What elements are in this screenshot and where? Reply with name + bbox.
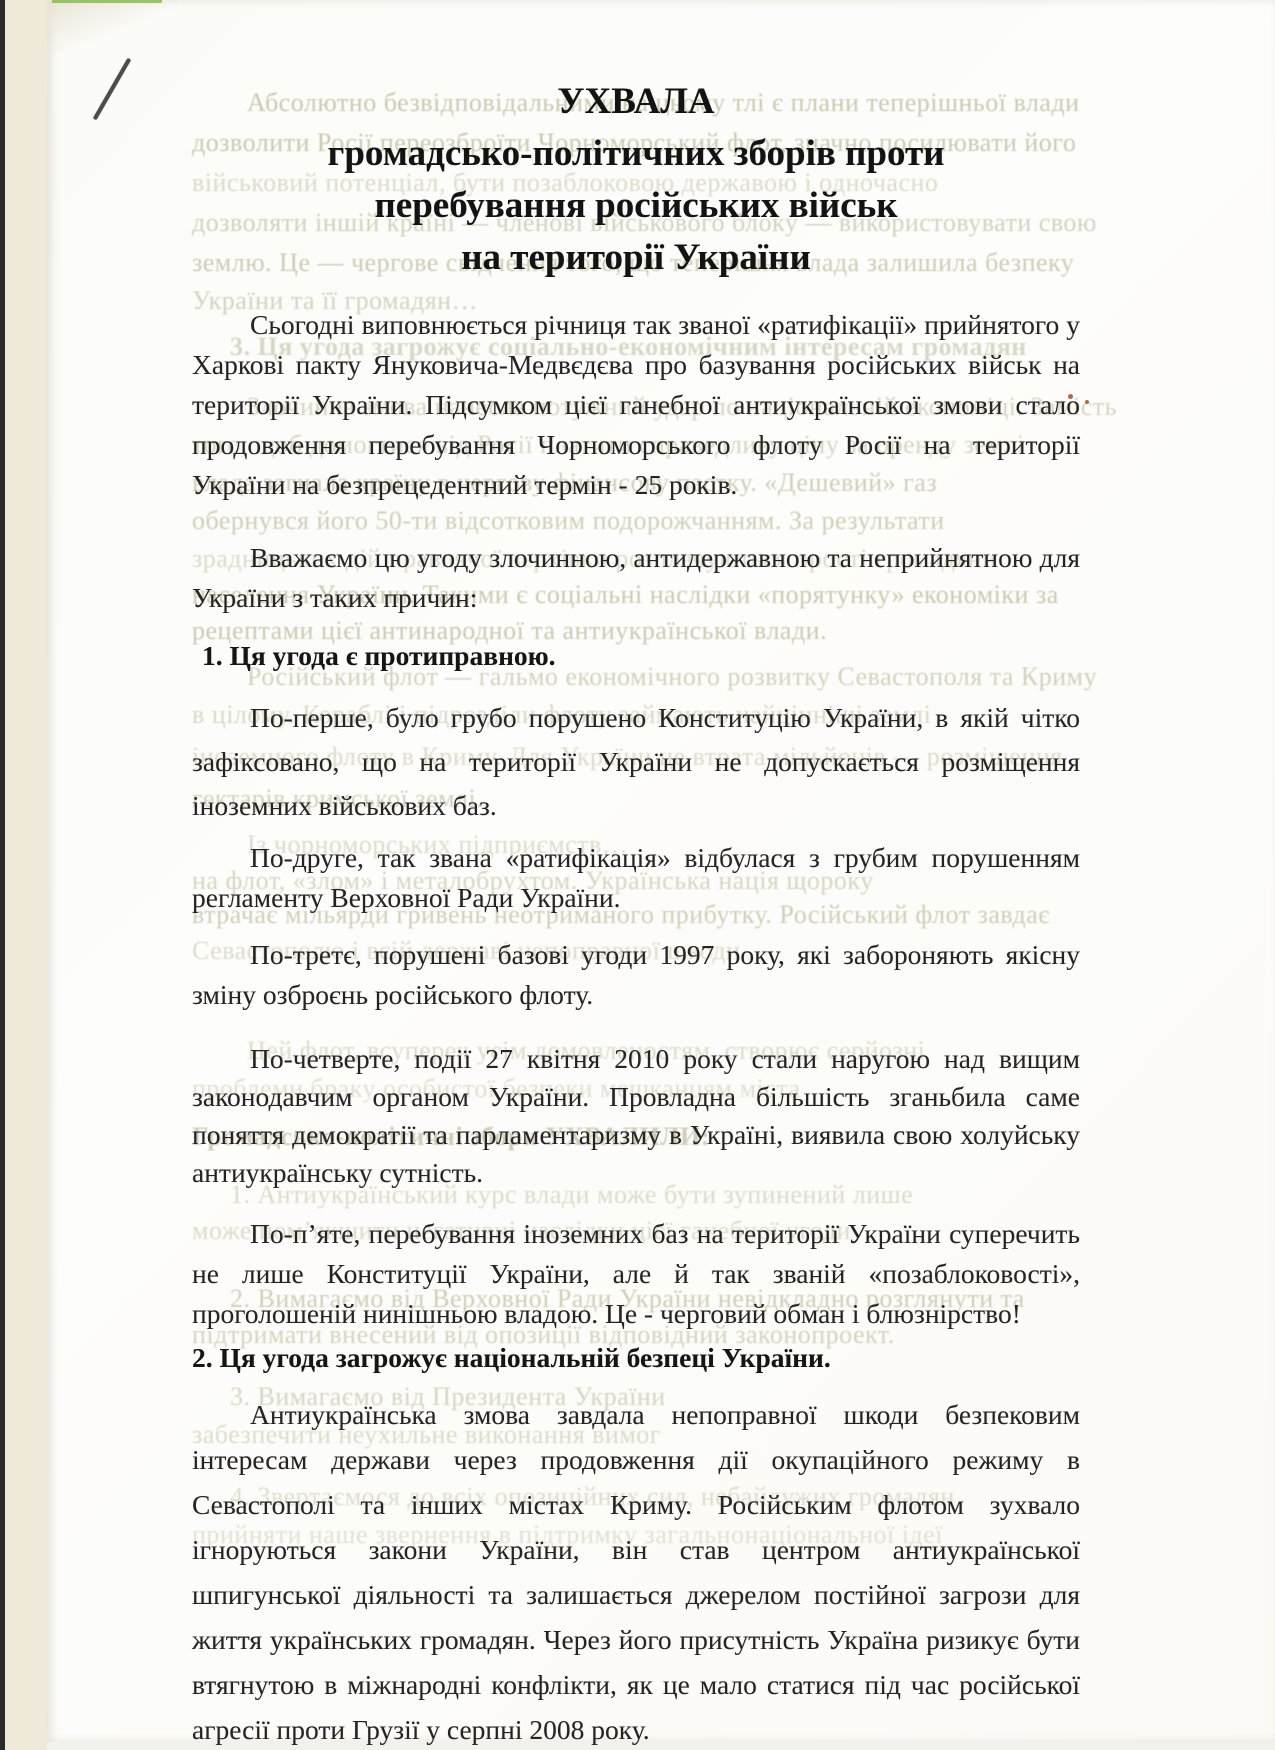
title-line: УХВАЛА bbox=[192, 76, 1080, 128]
section-2-paragraph-1: Антиукраїнська змова завдала непоправної… bbox=[192, 1392, 1080, 1750]
title-line: громадсько-політичних зборів проти bbox=[192, 128, 1080, 180]
title-line: перебування російських військ bbox=[192, 180, 1080, 232]
scan-background: Абсолютно безвідповідальними на цьому тл… bbox=[0, 0, 1275, 1750]
paragraph-intro-2: Вважаємо цю угоду злочинною, антидержавн… bbox=[192, 538, 1080, 618]
section-1-heading: 1. Ця угода є протиправною. bbox=[202, 636, 1090, 676]
paragraph-intro-1: Сьогодні виповнюється річниця так званої… bbox=[192, 305, 1080, 505]
section-1-paragraph-1: По-перше, було грубо порушено Конституці… bbox=[192, 696, 1080, 828]
document-title: УХВАЛА громадсько-політичних зборів прот… bbox=[192, 76, 1080, 284]
title-line: на території України bbox=[192, 232, 1080, 284]
section-1-paragraph-2: По-друге, так звана «ратифікація» відбул… bbox=[192, 838, 1080, 918]
bleedthrough-text: обернувся його 50-ти відсотковим подорож… bbox=[192, 506, 945, 536]
section-1-paragraph-4: По-четверте, події 27 квітня 2010 року с… bbox=[192, 1040, 1080, 1192]
section-2-heading: 2. Ця угода загрожує національній безпец… bbox=[192, 1338, 1080, 1378]
section-1-paragraph-5: По-п’яте, перебування іноземних баз на т… bbox=[192, 1214, 1080, 1334]
section-1-paragraph-3: По-третє, порушені базові угоди 1997 рок… bbox=[192, 935, 1080, 1015]
